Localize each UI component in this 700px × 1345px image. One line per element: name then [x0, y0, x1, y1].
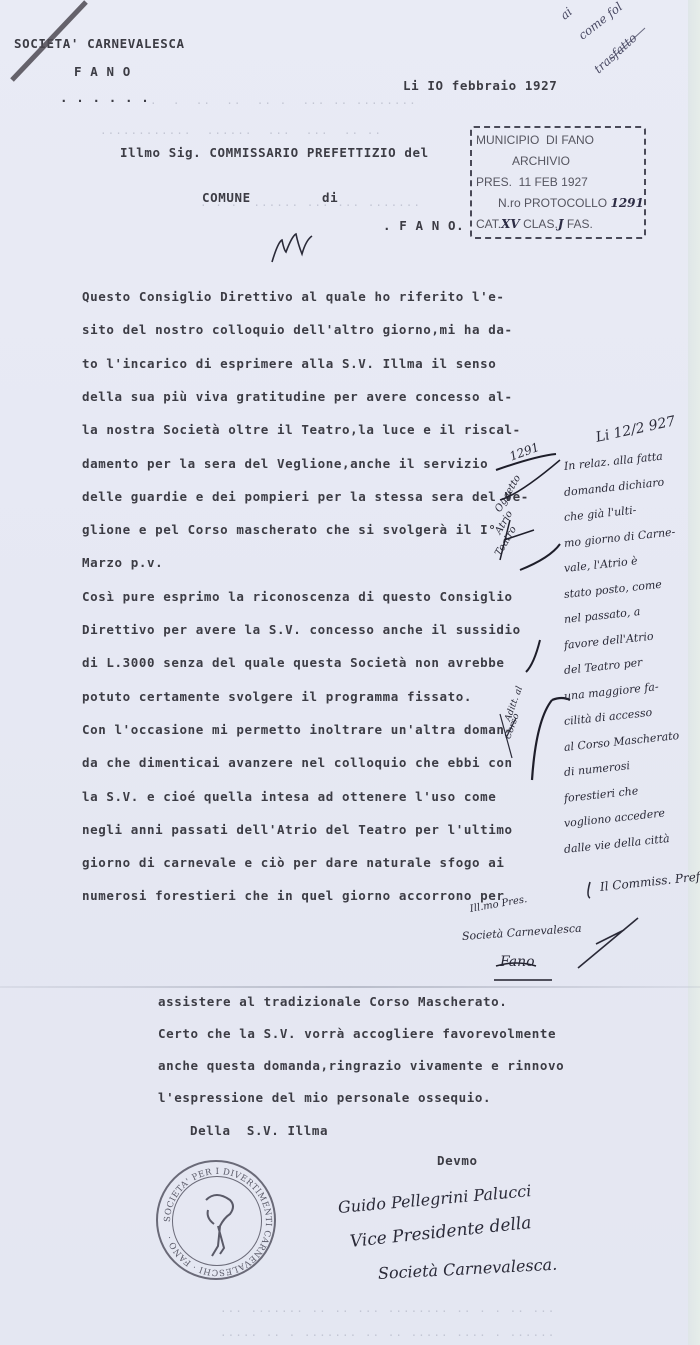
recipient-note-3: Fano: [500, 954, 535, 970]
cancellation-slash: [12, 2, 86, 80]
